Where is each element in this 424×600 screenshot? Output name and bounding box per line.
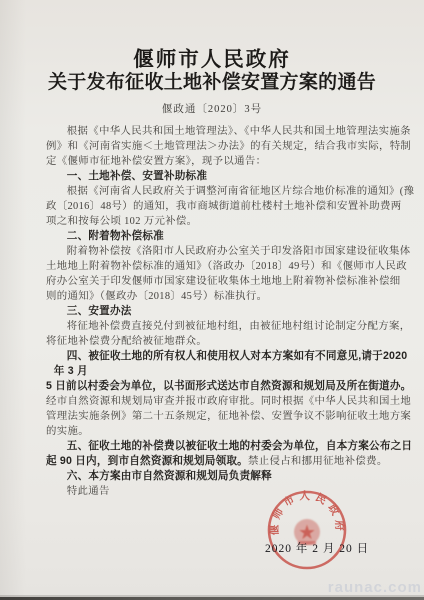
body-text-bold: 5 日前以村委会为单位，以书面形式送达市自然资源和规划局及所在街道办。 (46, 380, 411, 392)
body-text: 项之和按每公顷 102 万元补偿。 (46, 216, 197, 227)
body-line: 则的通知》（偃政办〔2018〕45号）标准执行。 (46, 289, 398, 304)
body-line: 起 90 日内，到市自然资源和规划局领取。禁止侵占和挪用征地补偿费。 (46, 454, 398, 469)
body-line: 项之和按每公顷 102 万元补偿。 (46, 214, 398, 229)
body-text: 府办公室关于印发偃师市国家建设征收集体土地地上附着物补偿标准补偿细 (46, 276, 400, 287)
body-text-bold: 二、附着物补偿标准 (67, 230, 164, 242)
body-text: 的实施。 (46, 426, 89, 437)
body-line: 年 3 月 (46, 364, 398, 379)
body-text-bold: 四、被征收土地的所有权人和使用权人对本方案如有不同意见,请于2020 (67, 350, 408, 362)
body-line: 经市自然资源和规划局审查并报市政府审批。同时根据《中华人民共和国土地 (46, 394, 398, 409)
body-text: 根据《河南省人民政府关于调整河南省征地区片综合地价标准的通知》(豫 (67, 186, 415, 197)
body-text: 例》和《河南省实施＜土地管理法＞办法》的有关规定，结合我市实际，特制 (46, 141, 411, 152)
body-line: 例》和《河南省实施＜土地管理法＞办法》的有关规定，结合我市实际，特制 (46, 139, 398, 154)
body-text: 经市自然资源和规划局审查并报市政府审批。同时根据《中华人民共和国土地 (46, 396, 411, 407)
body-text: 根据《中华人民共和国土地管理法》、《中华人民共和国土地管理法实施条 (67, 126, 411, 137)
body-text-bold: 三、安置办法 (67, 305, 132, 317)
body-text: 管理法实施条例》第二十五条规定，征地补偿、安置争议不影响征收土地方案 (46, 411, 411, 422)
body-line: 管理法实施条例》第二十五条规定，征地补偿、安置争议不影响征收土地方案 (46, 409, 398, 424)
body-text: 将征地补偿费直接兑付到被征地村组，由被征地村组讨论制定分配方案， (67, 321, 411, 332)
body-line: 一、土地补偿、安置补助标准 (46, 169, 398, 184)
body-line: 将征地补偿费直接兑付到被征地村组，由被征地村组讨论制定分配方案， (46, 319, 398, 334)
body-text-bold: 一、土地补偿、安置补助标准 (67, 170, 207, 182)
body-text: 附着物补偿按《洛阳市人民政府办公室关于印发洛阳市国家建设征收集体 (67, 246, 411, 257)
government-seal-icon: 偃师市人民政府 ★ (264, 488, 350, 574)
body-line: 定《偃师市征地补偿安置方案》，现予以通告： (46, 154, 398, 169)
body-text-bold: 六、本方案由市自然资源和规划局负责解释 (67, 470, 272, 482)
body-line: 五、征收土地的补偿费以被征收土地的村委会为单位，自本方案公布之日 (46, 439, 398, 454)
body-line: 二、附着物补偿标准 (46, 229, 398, 244)
body-line: 四、被征收土地的所有权人和使用权人对本方案如有不同意见,请于2020 (46, 349, 398, 364)
body-text: 定《偃师市征地补偿安置方案》，现予以通告： (46, 156, 266, 167)
body-text-bold: 五、征收土地的补偿费以被征收土地的村委会为单位，自本方案公布之日 (67, 440, 412, 452)
body-line: 政〔2016〕48号）的通知，我市商城街道前杜楼村土地补偿和安置补助费两 (46, 199, 398, 214)
body-text: 则的通知》（偃政办〔2018〕45号）标准执行。 (46, 291, 267, 302)
document-page: 偃师市人民政府 关于发布征收土地补偿安置方案的通告 偃政通〔2020〕3号 根据… (0, 0, 424, 600)
body-text: 政〔2016〕48号）的通知，我市商城街道前杜楼村土地补偿和安置补助费两 (46, 201, 402, 212)
body-text: 特此通告 (67, 486, 110, 497)
body-line: 根据《河南省人民政府关于调整河南省征地区片综合地价标准的通知》(豫 (46, 184, 398, 199)
watermark: raunac.com (328, 579, 422, 596)
document-title-line2: 关于发布征收土地补偿安置方案的通告 (0, 67, 424, 94)
body-line: 府办公室关于印发偃师市国家建设征收集体土地地上附着物补偿标准补偿细 (46, 274, 398, 289)
body-line: 附着物补偿按《洛阳市人民政府办公室关于印发洛阳市国家建设征收集体 (46, 244, 398, 259)
body-line: 六、本方案由市自然资源和规划局负责解释 (46, 469, 398, 484)
body-text-bold: 年 3 月 (54, 365, 88, 377)
body-line: 5 日前以村委会为单位，以书面形式送达市自然资源和规划局及所在街道办。 (46, 379, 398, 394)
body-line: 土地地上附着物补偿标准的通知》（洛政办〔2018〕49号）和《偃师市人民政 (46, 259, 398, 274)
body-line: 将征地补偿费分配给被征地群众。 (46, 334, 398, 349)
body-text-bold: 起 90 日内，到市自然资源和规划局领取。 (46, 455, 248, 467)
body-text: 土地地上附着物补偿标准的通知》（洛政办〔2018〕49号）和《偃师市人民政 (46, 261, 407, 272)
body-text: 将征地补偿费分配给被征地群众。 (46, 336, 207, 347)
body-text: 禁止侵占和挪用征地补偿费。 (248, 456, 388, 467)
document-number: 偃政通〔2020〕3号 (0, 101, 424, 116)
body-line: 三、安置办法 (46, 304, 398, 319)
body-line: 根据《中华人民共和国土地管理法》、《中华人民共和国土地管理法实施条 (46, 124, 398, 139)
document-body: 根据《中华人民共和国土地管理法》、《中华人民共和国土地管理法实施条例》和《河南省… (46, 124, 398, 499)
body-line: 的实施。 (46, 424, 398, 439)
document-date: 2020 年 2 月 20 日 (265, 540, 369, 556)
